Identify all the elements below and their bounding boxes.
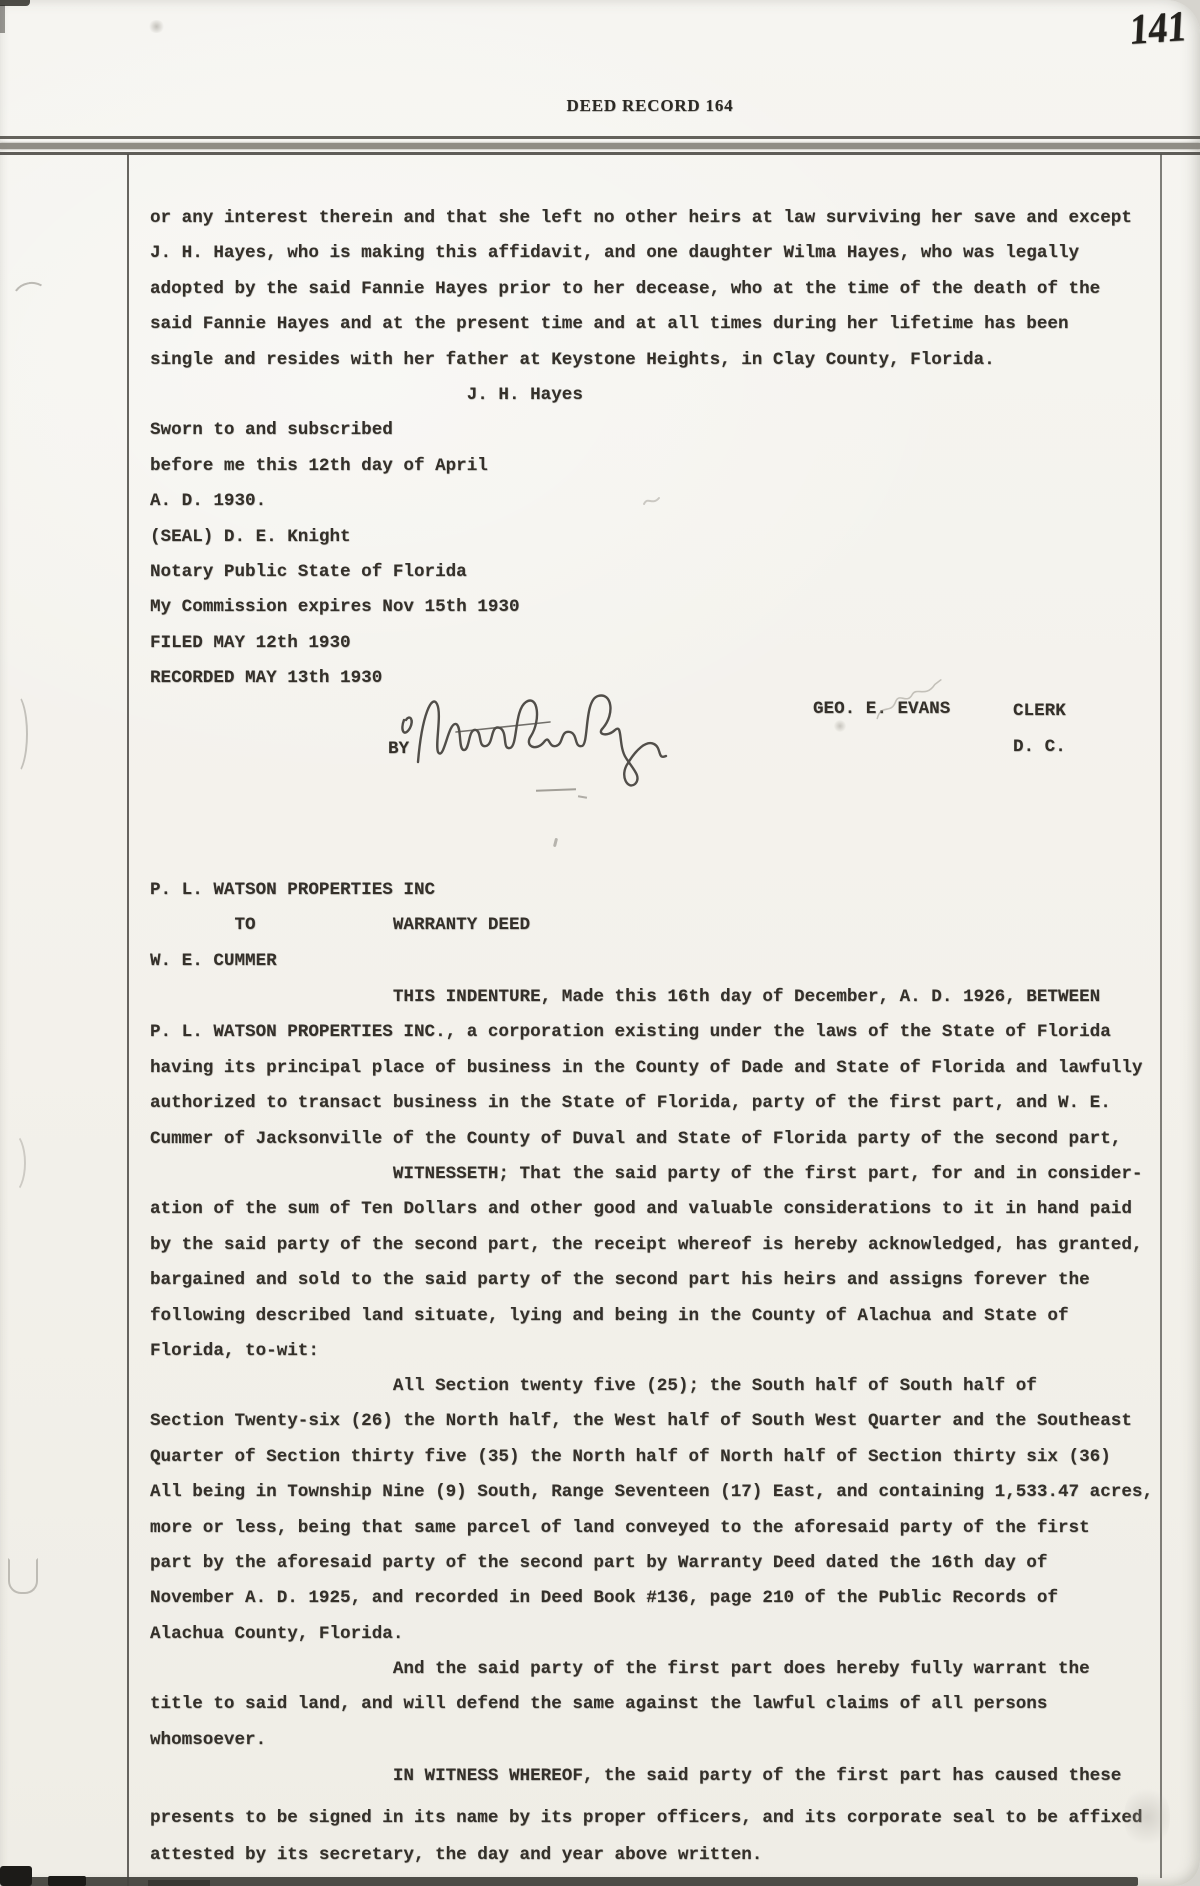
affidavit-line: FILED MAY 12th 1930 — [150, 626, 1190, 661]
closing-line: attested by its secretary, the day and y… — [150, 1837, 1190, 1874]
deed-body: THIS INDENTURE, Made this 16th day of De… — [150, 980, 1190, 1369]
scan-artifact-small-squiggle — [642, 494, 662, 508]
deputy-clerk-signature-handwriting — [398, 680, 698, 792]
deed-body-line: following described land situate, lying … — [150, 1299, 1190, 1334]
deed-caption: P. L. WATSON PROPERTIES INC TO WARRANTY … — [150, 873, 1190, 979]
scan-artifact-margin-curve — [0, 1132, 26, 1194]
closing-lines: presents to be signed in its name by its… — [150, 1800, 1190, 1874]
affidavit-line: before me this 12th day of April — [150, 449, 1190, 484]
double-rule-top-line1 — [0, 136, 1200, 139]
scan-artifact-smudge-dot — [834, 720, 846, 732]
land-description: All Section twenty five (25); the South … — [150, 1369, 1190, 1652]
deputy-clerk-abbreviation: D. C. — [1013, 737, 1066, 757]
deed-caption-line: W. E. CUMMER — [150, 944, 1190, 979]
scan-edge-blob — [0, 1866, 32, 1886]
clerk-title: CLERK — [1013, 701, 1066, 721]
witness-clause: IN WITNESS WHEREOF, the said party of th… — [150, 1759, 1190, 1794]
affidavit-line: single and resides with her father at Ke… — [150, 343, 1190, 378]
deed-record-header: DEED RECORD 164 — [440, 96, 860, 116]
warranty-clause-line: title to said land, and will defend the … — [150, 1687, 1190, 1722]
deed-body-line: P. L. WATSON PROPERTIES INC., a corporat… — [150, 1015, 1190, 1050]
deed-caption-line: P. L. WATSON PROPERTIES INC — [150, 873, 1190, 908]
deed-body-line: WITNESSETH; That the said party of the f… — [150, 1157, 1190, 1192]
deed-caption-line: TO WARRANTY DEED — [150, 908, 1190, 943]
deed-body-line: Florida, to-wit: — [150, 1334, 1190, 1369]
land-description-line: Alachua County, Florida. — [150, 1617, 1190, 1652]
land-description-line: All Section twenty five (25); the South … — [150, 1369, 1190, 1404]
land-description-line: All being in Township Nine (9) South, Ra… — [150, 1475, 1190, 1510]
deed-body-line: Cummer of Jacksonville of the County of … — [150, 1122, 1190, 1157]
affidavit-line: Notary Public State of Florida — [150, 555, 1190, 590]
deed-body-line: bargained and sold to the said party of … — [150, 1263, 1190, 1298]
scan-edge-blob — [48, 1876, 86, 1886]
land-description-line: part by the aforesaid party of the secon… — [150, 1546, 1190, 1581]
double-rule-top-line3 — [0, 152, 1200, 155]
deed-body-line: authorized to transact business in the S… — [150, 1086, 1190, 1121]
affidavit-line: or any interest therein and that she lef… — [150, 201, 1190, 236]
witness-clause-line: IN WITNESS WHEREOF, the said party of th… — [150, 1759, 1190, 1794]
affidavit-line: Sworn to and subscribed — [150, 413, 1190, 448]
deed-body-line: by the said party of the second part, th… — [150, 1228, 1190, 1263]
affidavit-text: or any interest therein and that she lef… — [150, 201, 1190, 696]
deed-body-line: ation of the sum of Ten Dollars and othe… — [150, 1192, 1190, 1227]
double-rule-top-line2 — [0, 143, 1200, 149]
page-number-stamp: 141 — [1122, 1, 1195, 55]
scan-edge-blob — [148, 1880, 210, 1886]
warranty-clause: And the said party of the first part doe… — [150, 1652, 1190, 1758]
land-description-line: November A. D. 1925, and recorded in Dee… — [150, 1581, 1190, 1616]
scan-artifact-edge-smudge — [1124, 1784, 1170, 1850]
left-margin-rule — [127, 154, 129, 1886]
affidavit-line: (SEAL) D. E. Knight — [150, 520, 1190, 555]
deed-body-line: THIS INDENTURE, Made this 16th day of De… — [150, 980, 1190, 1015]
affidavit-line: J. H. Hayes — [150, 378, 1190, 413]
scan-artifact-corner-sliver — [0, 5, 5, 33]
deed-body-line: having its principal place of business i… — [150, 1051, 1190, 1086]
scanned-deed-record-scan: 141 DEED RECORD 164 or any interest ther… — [0, 0, 1200, 1886]
land-description-line: Quarter of Section thirty five (35) the … — [150, 1440, 1190, 1475]
affidavit-line: J. H. Hayes, who is making this affidavi… — [150, 236, 1190, 271]
scan-artifact-margin-ushape — [8, 1558, 38, 1594]
closing-line: presents to be signed in its name by its… — [150, 1800, 1190, 1837]
affidavit-line: My Commission expires Nov 15th 1930 — [150, 590, 1190, 625]
warranty-clause-line: And the said party of the first part doe… — [150, 1652, 1190, 1687]
warranty-clause-line: whomsoever. — [150, 1723, 1190, 1758]
land-description-line: Section Twenty-six (26) the North half, … — [150, 1404, 1190, 1439]
affidavit-line: A. D. 1930. — [150, 484, 1190, 519]
affidavit-line: said Fannie Hayes and at the present tim… — [150, 307, 1190, 342]
scan-artifact-stain — [148, 20, 165, 33]
affidavit-line: adopted by the said Fannie Hayes prior t… — [150, 272, 1190, 307]
land-description-line: more or less, being that same parcel of … — [150, 1511, 1190, 1546]
